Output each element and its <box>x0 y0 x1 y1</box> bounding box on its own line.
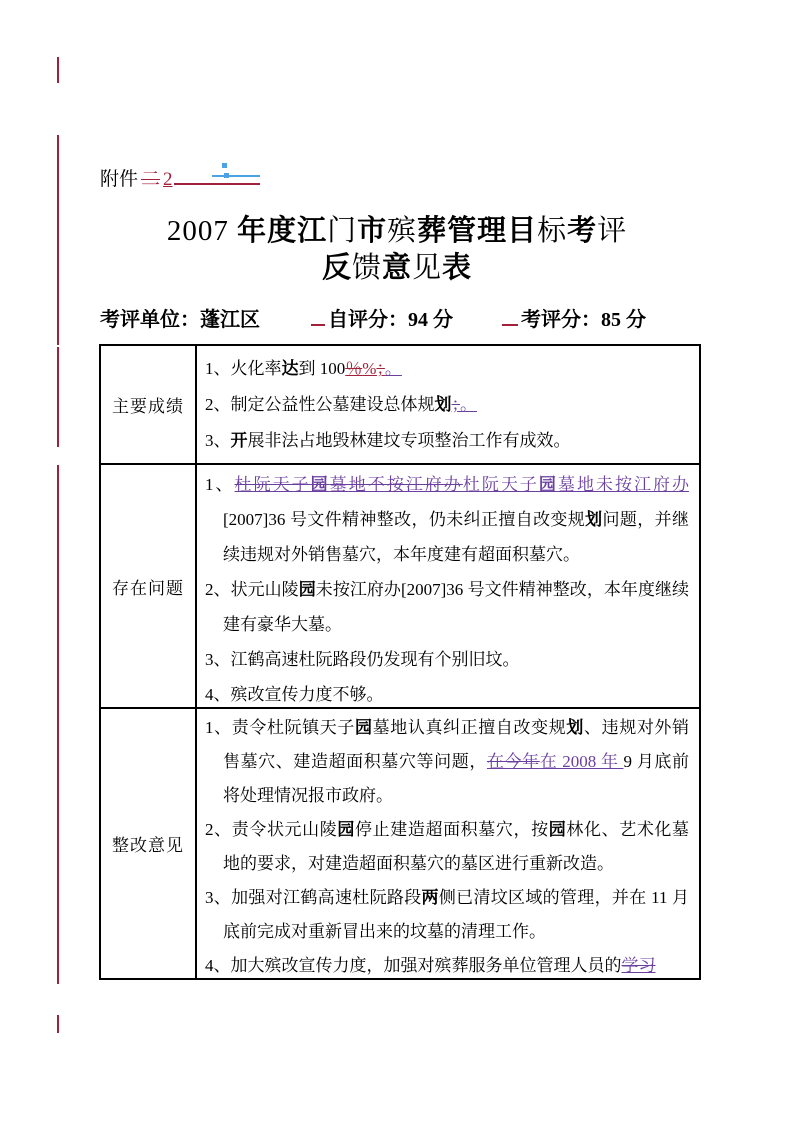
text-segment: 评 <box>597 215 627 247</box>
row-content-achievements: 1、火化率达到 100％%；。2、制定公益性公墓建设总体规划；。3、开展非法占地… <box>197 346 699 463</box>
text-segment: 意 <box>382 252 412 284</box>
text-segment: 4、殡改宣传力度不够。 <box>205 685 384 704</box>
evaluation-table: 主要成绩 1、火化率达到 100％%；。2、制定公益性公墓建设总体规划；。3、开… <box>99 344 701 980</box>
text-segment: 在今年 <box>487 752 540 771</box>
text-segment: 园 <box>539 475 558 494</box>
attachment-prefix: 附件 <box>100 169 138 190</box>
list-item: 1、杜阮天子园墓地不按江府办杜阮天子园墓地未按江府办[2007]36 号文件精神… <box>205 467 689 572</box>
list-item: 2、制定公益性公墓建设总体规划；。 <box>205 387 689 423</box>
text-segment: 墓地不按江府办 <box>330 475 463 494</box>
list-item: 1、责令杜阮镇天子园墓地认真纠正擅自改变规划、违规对外销售墓穴、建造超面积墓穴等… <box>205 711 689 813</box>
text-segment: 反 <box>322 252 352 284</box>
unit-value: 蓬江区 <box>200 306 260 334</box>
document-page: 附件二2 2007 年度江门市殡葬管理目标考评 反馈意见表 考评单位：蓬江区 自… <box>0 0 794 1123</box>
info-line: 考评单位：蓬江区 自评分：94 分 考评分：85 分 <box>100 306 700 334</box>
text-segment: 园 <box>355 718 373 737</box>
attachment-line: 附件二2 <box>100 163 260 192</box>
list-item: 4、加大殡改宣传力度，加强对殡葬服务单位管理人员的学习 <box>205 949 689 978</box>
row-content-problems: 1、杜阮天子园墓地不按江府办杜阮天子园墓地未按江府办[2007]36 号文件精神… <box>197 465 699 707</box>
revision-anchor-icon <box>174 163 260 185</box>
text-segment: 2、责令状元山陵 <box>205 820 337 839</box>
text-segment: 见 <box>412 252 442 284</box>
row-content-opinions: 1、责令杜阮镇天子园墓地认真纠正擅自改变规划、违规对外销售墓穴、建造超面积墓穴等… <box>197 709 699 978</box>
text-segment: 年度江 <box>237 215 327 247</box>
table-row: 存在问题 1、杜阮天子园墓地不按江府办杜阮天子园墓地未按江府办[2007]36 … <box>101 463 699 707</box>
list-item: 1、火化率达到 100％%；。 <box>205 351 689 387</box>
page-title: 2007 年度江门市殡葬管理目标考评 反馈意见表 <box>0 213 794 287</box>
row-header-achievements: 主要成绩 <box>101 346 197 463</box>
text-segment: 停止建造超面积墓穴，按 <box>355 820 549 839</box>
text-segment: 1、火化率 <box>205 359 282 378</box>
text-segment: 园 <box>337 820 355 839</box>
list-item: 3、开展非法占地毁林建坟专项整治工作有成效。 <box>205 423 689 459</box>
change-bar <box>57 1015 59 1033</box>
text-segment: [2007]36 号文件精神整改，仍未纠正擅自改变规 <box>223 510 585 529</box>
text-segment: 园 <box>311 475 330 494</box>
text-segment: 3、加强对江鹤高速杜阮路段 <box>205 888 422 907</box>
list-item: 2、状元山陵园未按江府办[2007]36 号文件精神整改，本年度继续建有豪华大墓… <box>205 572 689 642</box>
self-score-label: 自评分： <box>328 306 408 334</box>
text-segment: 3、江鹤高速杜阮路段仍发现有个别旧坟。 <box>205 650 520 669</box>
text-segment: 2、制定公益性公墓建设总体规 <box>205 395 435 414</box>
review-score-label: 考评分： <box>521 306 601 334</box>
row-header-opinions: 整改意见 <box>101 709 197 978</box>
text-segment: 葬管理目 <box>417 215 537 247</box>
change-bar <box>57 347 59 447</box>
text-segment: 杜阮天子 <box>463 475 539 494</box>
text-segment: 杜阮天子 <box>235 475 311 494</box>
text-segment: 。 <box>385 359 402 378</box>
text-segment: 展非法占地毁林建坟专项整治工作有成效。 <box>248 431 571 450</box>
text-segment: 达 <box>282 359 299 378</box>
text-segment: % <box>362 359 376 378</box>
list-item: 2、责令状元山陵园停止建造超面积墓穴，按园林化、艺术化墓地的要求，对建造超面积墓… <box>205 813 689 881</box>
text-segment: 3、 <box>205 431 231 450</box>
doc-title-line2: 反馈意见表 <box>0 250 794 287</box>
revision-underline-mark <box>311 306 325 326</box>
list-item: 3、加强对江鹤高速杜阮路段两侧已清坟区域的管理，并在 11 月底前完成对重新冒出… <box>205 881 689 949</box>
text-segment: 两 <box>422 888 439 907</box>
text-segment: 墓地未按江府办 <box>558 475 689 494</box>
attachment-deleted-text: 二 <box>141 169 160 190</box>
text-segment: 划 <box>435 395 452 414</box>
list-item: 4、殡改宣传力度不够。 <box>205 677 689 707</box>
revision-underline-mark <box>502 306 518 326</box>
text-segment: 馈 <box>352 252 382 284</box>
attachment-inserted-text: 2 <box>163 169 173 190</box>
text-segment: 园 <box>299 580 316 599</box>
row-header-problems: 存在问题 <box>101 465 197 707</box>
text-segment: 门 <box>327 215 357 247</box>
unit-label: 考评单位： <box>100 306 200 334</box>
list-item: 3、江鹤高速杜阮路段仍发现有个别旧坟。 <box>205 642 689 677</box>
text-segment: 表 <box>442 252 472 284</box>
text-segment: 2、状元山陵 <box>205 580 299 599</box>
change-bar <box>57 465 59 984</box>
anchor-line-icon <box>212 175 260 177</box>
change-bar <box>57 57 59 83</box>
doc-title-line1: 2007 年度江门市殡葬管理目标考评 <box>0 213 794 250</box>
table-row: 整改意见 1、责令杜阮镇天子园墓地认真纠正擅自改变规划、违规对外销售墓穴、建造超… <box>101 707 699 978</box>
text-segment: 学习 <box>622 956 656 975</box>
text-segment: 标 <box>537 215 567 247</box>
text-segment: ％ <box>345 359 362 378</box>
text-segment: 2007 <box>167 215 237 247</box>
text-segment: 考 <box>567 215 597 247</box>
table-row: 主要成绩 1、火化率达到 100％%；。2、制定公益性公墓建设总体规划；。3、开… <box>101 346 699 463</box>
text-segment: 殡 <box>387 215 417 247</box>
review-score-value: 85 分 <box>601 306 646 334</box>
text-segment: 1、责令杜阮镇天子 <box>205 718 355 737</box>
text-segment: 1、 <box>205 475 235 494</box>
text-segment: 园 <box>549 820 567 839</box>
text-segment: 4、加大殡改宣传力度，加强对殡葬服务单位管理人员的 <box>205 956 622 975</box>
self-score-value: 94 分 <box>408 306 453 334</box>
text-segment: 开 <box>231 431 248 450</box>
text-segment: ； <box>452 395 461 414</box>
text-segment: 在 2008 年 <box>540 752 624 771</box>
text-segment: 市 <box>357 215 387 247</box>
text-segment: 划 <box>566 718 584 737</box>
anchor-dot-icon <box>224 173 229 178</box>
text-segment: ； <box>376 359 385 378</box>
text-segment: 到 100 <box>299 359 346 378</box>
text-segment: 划 <box>585 510 602 529</box>
text-segment: 。 <box>460 395 477 414</box>
anchor-dot-icon <box>222 163 227 168</box>
text-segment: 墓地认真纠正擅自改变规 <box>373 718 567 737</box>
